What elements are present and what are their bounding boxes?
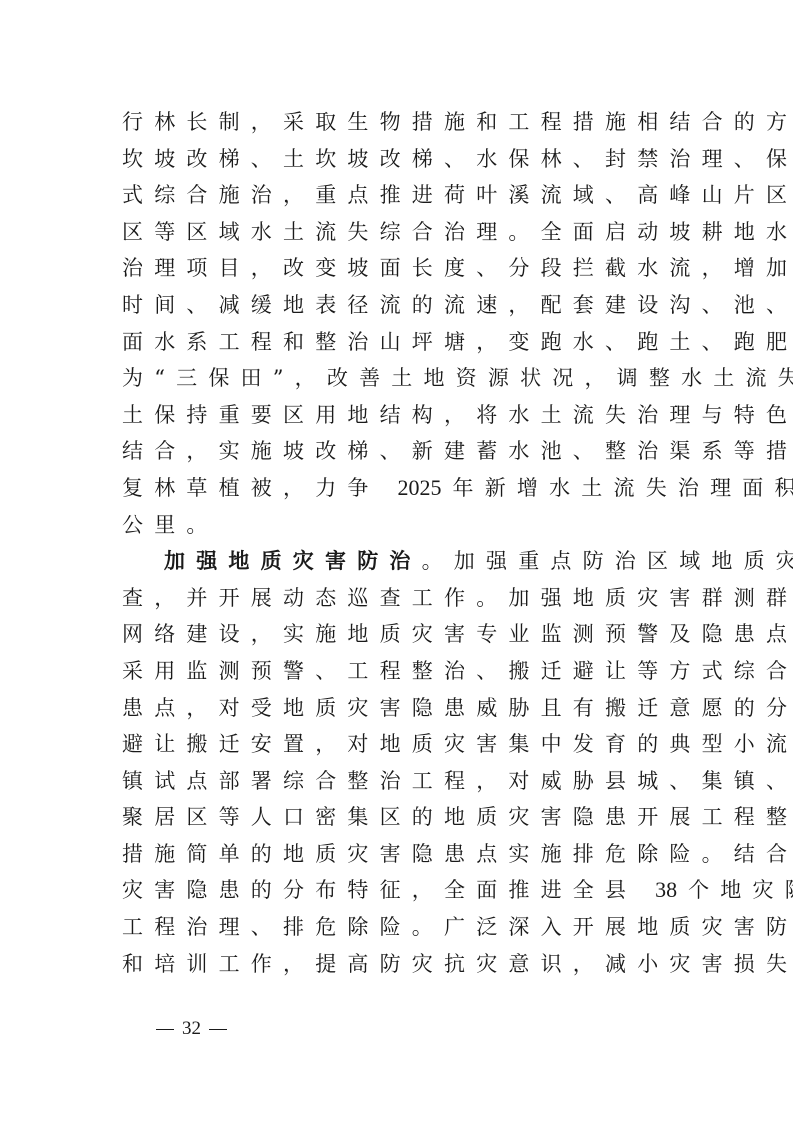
- text-line: 治理项目，改变坡面长度、分段拦截水流，增加土壤的入渗: [122, 250, 682, 287]
- text-line: 时间、减缓地表径流的流速，配套建设沟、池、凼、渠等坡: [122, 287, 682, 324]
- text-line: 和培训工作，提高防灾抗灾意识，减小灾害损失。: [122, 946, 682, 983]
- text-segment: 复林草植被，力争: [122, 476, 380, 500]
- text-line: 坎坡改梯、土坎坡改梯、水保林、封禁治理、保土耕作等方: [122, 141, 682, 178]
- target-year: 2025: [398, 475, 442, 500]
- page-number: 32: [148, 1018, 235, 1040]
- text-line: 复林草植被，力争 2025年新增水土流失治理面积 247平方: [122, 470, 682, 507]
- text-line: 式综合施治，重点推进荷叶溪流域、高峰山片区、荷叶溪片: [122, 177, 682, 214]
- document-page: 行林长制，采取生物措施和工程措施相结合的方式，采用石 坎坡改梯、土坎坡改梯、水保…: [0, 0, 793, 1122]
- dash-right: [209, 1029, 227, 1030]
- text-segment: 。加强重点防治区域地质灾害详细调: [422, 549, 793, 573]
- text-line: 患点，对受地质灾害隐患威胁且有搬迁意愿的分散农户采取: [122, 690, 682, 727]
- text-line: 公里。: [122, 507, 682, 544]
- text-line: 镇试点部署综合整治工程，对威胁县城、集镇、学校、居民: [122, 763, 682, 800]
- dash-left: [156, 1029, 174, 1030]
- text-line: 聚居区等人口密集区的地质灾害隐患开展工程整治，对防治: [122, 799, 682, 836]
- text-line: 措施简单的地质灾害隐患点实施排危除险。结合县内各地质: [122, 836, 682, 873]
- text-line: 采用监测预警、工程整治、搬迁避让等方式综合治理既有隐: [122, 653, 682, 690]
- paragraph-soil-erosion: 行林长制，采取生物措施和工程措施相结合的方式，采用石 坎坡改梯、土坎坡改梯、水保…: [122, 104, 682, 543]
- hazard-point-count: 38: [655, 877, 677, 902]
- section-heading: 加强地质灾害防治: [164, 548, 422, 573]
- text-segment: 年新增水土流失治理面积: [453, 476, 793, 500]
- body-text: 行林长制，采取生物措施和工程措施相结合的方式，采用石 坎坡改梯、土坎坡改梯、水保…: [122, 104, 682, 982]
- paragraph-geological-disaster: 加强地质灾害防治。加强重点防治区域地质灾害详细调 查，并开展动态巡查工作。加强地…: [122, 543, 682, 982]
- text-segment: 个地灾隐患点开展: [688, 878, 793, 902]
- text-line: 区等区域水土流失综合治理。全面启动坡耕地水土流失综合: [122, 214, 682, 251]
- text-line: 结合，实施坡改梯、新建蓄水池、整治渠系等措施，逐步恢: [122, 433, 682, 470]
- text-line: 网络建设，实施地质灾害专业监测预警及隐患点动态管理。: [122, 616, 682, 653]
- text-line: 行林长制，采取生物措施和工程措施相结合的方式，采用石: [122, 104, 682, 141]
- text-line: 土保持重要区用地结构，将水土流失治理与特色产业发展相: [122, 397, 682, 434]
- text-line: 工程治理、排危除险。广泛深入开展地质灾害防治科普宣传: [122, 909, 682, 946]
- text-line: 加强地质灾害防治。加强重点防治区域地质灾害详细调: [122, 543, 682, 580]
- page-number-value: 32: [182, 1018, 201, 1039]
- text-line: 查，并开展动态巡查工作。加强地质灾害群测群防专职监测: [122, 580, 682, 617]
- text-line: 灾害隐患的分布特征，全面推进全县 38个地灾隐患点开展: [122, 872, 682, 909]
- text-line: 避让搬迁安置，对地质灾害集中发育的典型小流域、重点城: [122, 726, 682, 763]
- text-line: 面水系工程和整治山坪塘，变跑水、跑土、跑肥的“三跑田”: [122, 324, 682, 361]
- text-line: 为“三保田”，改善土地资源状况，调整水土流失敏感区、水: [122, 360, 682, 397]
- text-segment: 灾害隐患的分布特征，全面推进全县: [122, 878, 637, 902]
